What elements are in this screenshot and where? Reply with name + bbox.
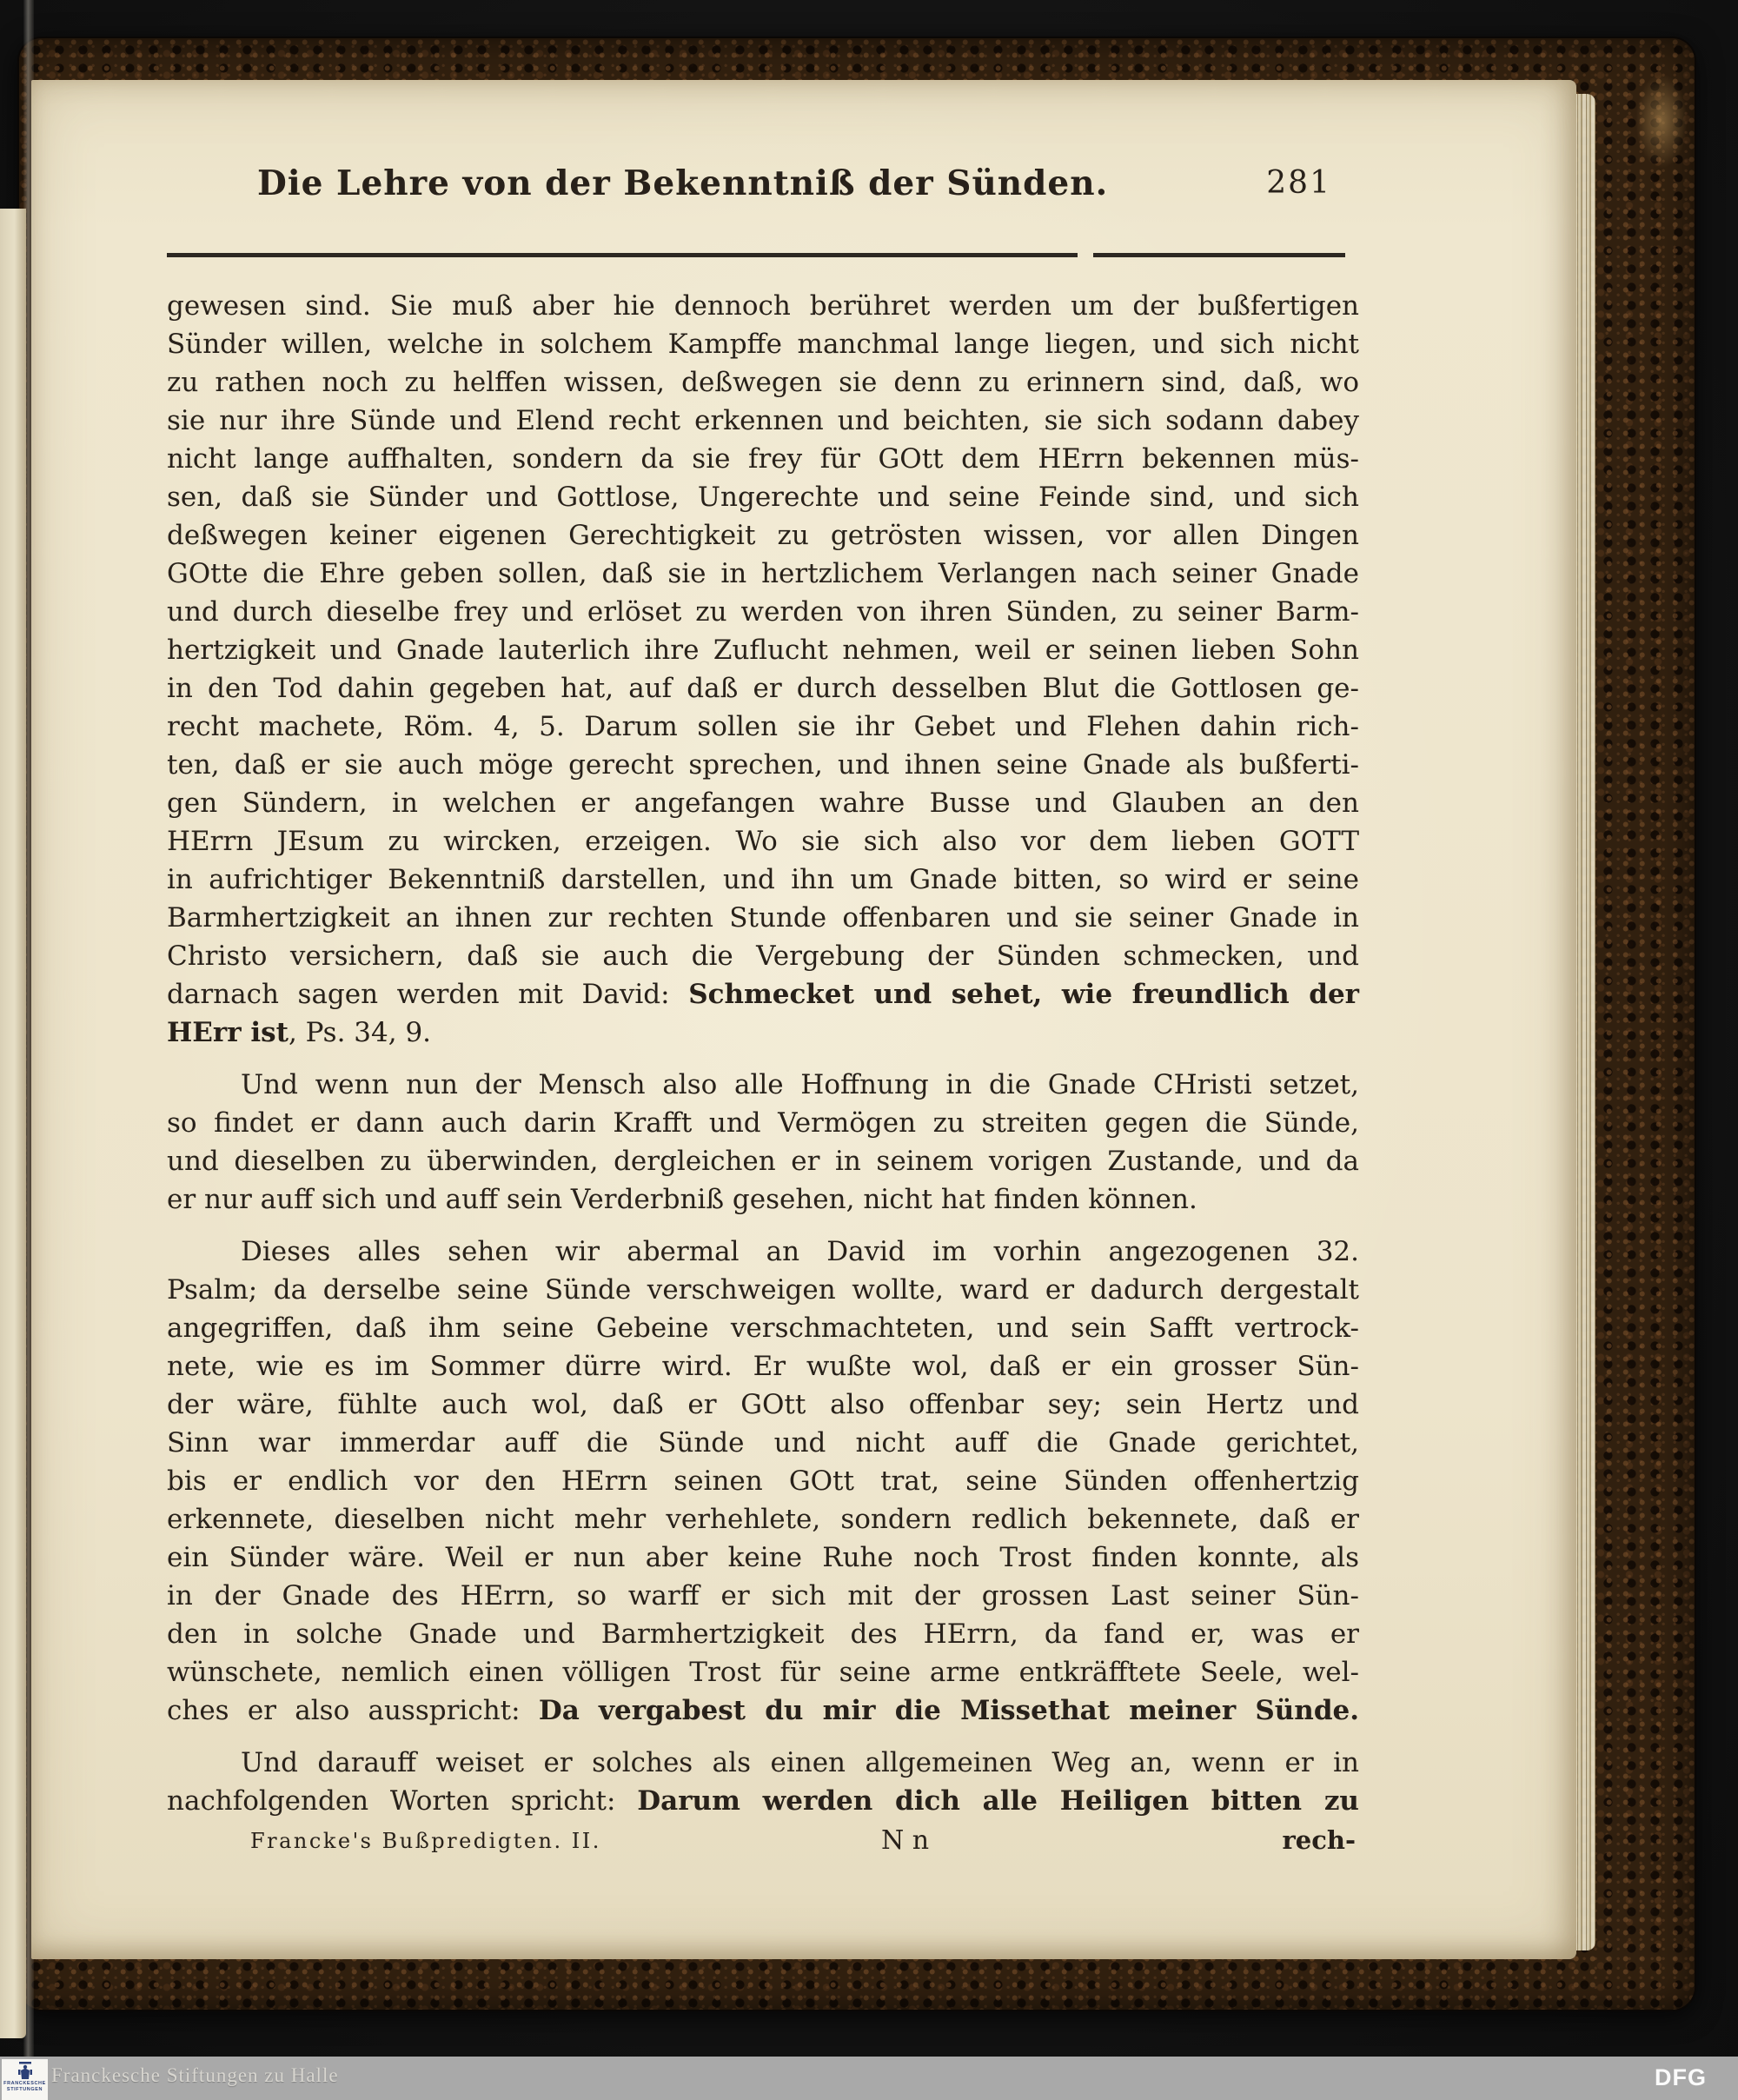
logo-text-line2: STIFTUNGEN	[7, 2087, 43, 2093]
text-line: er nur auff sich und auff sein Verderbni…	[167, 1180, 1359, 1219]
body-text: gewesen sind. Sie muß aber hie dennoch b…	[167, 287, 1359, 1820]
text-line: HErr ist, Ps. 34, 9.	[167, 1013, 1359, 1052]
text-line: darnach sagen werden mit David: Schmecke…	[167, 975, 1359, 1013]
text-line: hertzigkeit und Gnade lauterlich ihre Zu…	[167, 631, 1359, 669]
text-line: sen, daß sie Sünder und Gottlose, Ungere…	[167, 478, 1359, 516]
text-line: Barmhertzigkeit an ihnen zur rechten Stu…	[167, 899, 1359, 937]
text-line: deßwegen keiner eigenen Gerechtigkeit zu…	[167, 516, 1359, 555]
text-line: nete, wie es im Sommer dürre wird. Er wu…	[167, 1347, 1359, 1386]
text-line: ches er also ausspricht: Da vergabest du…	[167, 1691, 1359, 1730]
paragraph-gap	[167, 1219, 1359, 1233]
bottom-bar: FRANCKESCHE STIFTUNGEN Franckesche Stift…	[0, 2057, 1738, 2100]
leather-corner-wear	[1635, 73, 1688, 169]
catchword: rech-	[1282, 1825, 1356, 1855]
text-line: GOtte die Ehre geben sollen, daß sie in …	[167, 555, 1359, 593]
text-line: Und wenn nun der Mensch also alle Hoffnu…	[167, 1066, 1359, 1104]
text-line: Sünder willen, welche in solchem Kampffe…	[167, 325, 1359, 363]
text-line: in der Gnade des HErrn, so warff er sich…	[167, 1577, 1359, 1615]
text-line: ein Sünder wäre. Weil er nun aber keine …	[167, 1538, 1359, 1577]
text-line: nicht lange auffhalten, sondern da sie f…	[167, 440, 1359, 478]
text-line: nachfolgenden Worten spricht: Darum werd…	[167, 1782, 1359, 1820]
footer-book-title: Francke's Bußpredigten. II.	[250, 1829, 601, 1853]
paragraph-gap	[167, 1730, 1359, 1744]
text-line: wünschete, nemlich einen völligen Trost …	[167, 1653, 1359, 1691]
text-line: recht machete, Röm. 4, 5. Darum sollen s…	[167, 708, 1359, 746]
signature-mark: N n	[881, 1825, 929, 1856]
page-number: 281	[1266, 165, 1331, 201]
text-line: erkennete, dieselben nicht mehr verhehle…	[167, 1500, 1359, 1538]
paragraph-gap	[167, 1052, 1359, 1066]
page-title: Die Lehre von der Bekenntniß der Sünden.	[257, 163, 1108, 203]
text-line: Und darauff weiset er solches als einen …	[167, 1744, 1359, 1782]
text-line: in den Tod dahin gegeben hat, auf daß er…	[167, 669, 1359, 708]
text-line: Dieses alles sehen wir abermal an David …	[167, 1233, 1359, 1271]
book-page: Die Lehre von der Bekenntniß der Sünden.…	[31, 80, 1576, 1959]
text-line: HErrn JEsum zu wircken, erzeigen. Wo sie…	[167, 822, 1359, 861]
text-line: Sinn war immerdar auff die Sünde und nic…	[167, 1424, 1359, 1462]
text-line: der wäre, fühlte auch wol, daß er GOtt a…	[167, 1386, 1359, 1424]
text-line: gewesen sind. Sie muß aber hie dennoch b…	[167, 287, 1359, 325]
text-line: zu rathen noch zu helffen wissen, deßweg…	[167, 363, 1359, 402]
text-line: bis er endlich vor den HErrn seinen GOtt…	[167, 1462, 1359, 1500]
previous-page-edge	[0, 209, 26, 2038]
text-line: ten, daß er sie auch möge gerecht sprech…	[167, 746, 1359, 784]
page-footer: Francke's Bußpredigten. II. N n rech-	[167, 1825, 1359, 1864]
text-line: in aufrichtiger Bekenntniß darstellen, u…	[167, 861, 1359, 899]
text-line: und dieselben zu überwinden, dergleichen…	[167, 1142, 1359, 1180]
text-line: Psalm; da derselbe seine Sünde verschwei…	[167, 1271, 1359, 1309]
dfg-logo: DFG	[1655, 2064, 1707, 2091]
francke-figure-icon	[17, 2062, 33, 2081]
page-header: Die Lehre von der Bekenntniß der Sünden.…	[167, 163, 1359, 224]
text-line: Christo versichern, daß sie auch die Ver…	[167, 937, 1359, 975]
text-line: so findet er dann auch darin Krafft und …	[167, 1104, 1359, 1142]
text-line: und durch dieselbe frey und erlöset zu w…	[167, 593, 1359, 631]
francke-foundations-logo: FRANCKESCHE STIFTUNGEN	[2, 2059, 48, 2100]
text-line: den in solche Gnade und Barmhertzigkeit …	[167, 1615, 1359, 1653]
institution-label: Franckesche Stiftungen zu Halle	[51, 2064, 339, 2087]
text-line: sie nur ihre Sünde und Elend recht erken…	[167, 402, 1359, 440]
header-rule	[167, 253, 1359, 258]
text-line: gen Sündern, in welchen er angefangen wa…	[167, 784, 1359, 822]
text-line: angegriffen, daß ihm seine Gebeine versc…	[167, 1309, 1359, 1347]
